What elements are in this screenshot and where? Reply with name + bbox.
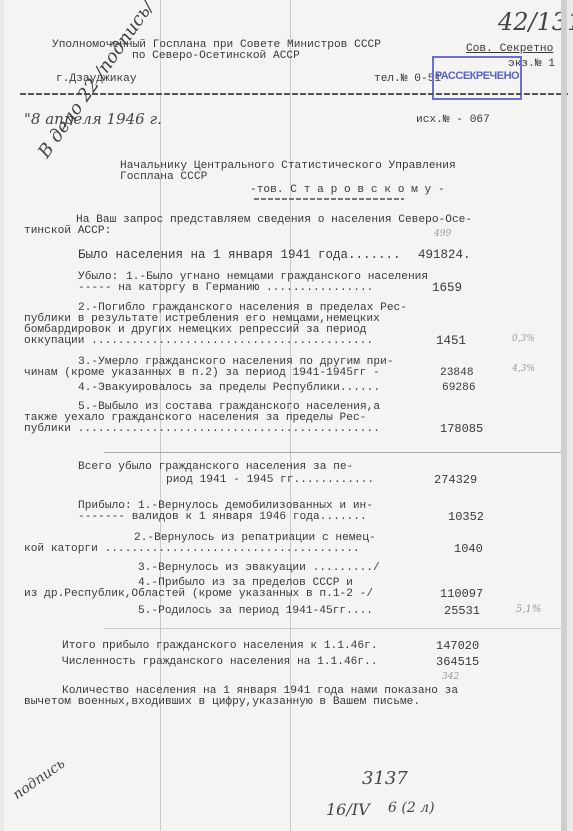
increase-4-value: 110097 xyxy=(440,589,483,600)
outgoing-number: исх.№ - 067 xyxy=(416,115,490,126)
org-line-2: по Северо-Осетинской АССР xyxy=(132,51,300,62)
closing-line-2: вычетом военных,входивших в цифру,указан… xyxy=(24,697,420,708)
increase-4-line-2: из др.Республик,Областей (кроме указанны… xyxy=(24,589,373,600)
bottom-signature: подпись xyxy=(10,756,68,803)
increase-2-value: 1040 xyxy=(454,544,483,555)
pct-births: 5,1% xyxy=(516,604,541,615)
secrecy-mark: Сов. Секретно xyxy=(466,44,553,55)
addressee-line-2: Госплана СССР xyxy=(120,172,207,183)
bottom-sheet-count: 6 (2 л) xyxy=(388,800,435,816)
note-499: 499 xyxy=(434,229,451,239)
header-divider xyxy=(20,93,568,95)
decrease-1-value: 1659 xyxy=(432,283,462,294)
page-edge xyxy=(561,0,567,831)
increase-5-line-1: 5.-Родилось за период 1941-45гг.... xyxy=(138,606,373,617)
increase-2-line-2: кой каторги ............................… xyxy=(24,544,360,555)
decrease-4-line-1: 4.-Эвакуировалось за пределы Республики.… xyxy=(78,383,380,394)
increase-1-value: 10352 xyxy=(448,512,484,523)
decrease-3-value: 23848 xyxy=(440,368,474,379)
addressee-underline xyxy=(254,198,404,200)
note-342: 342 xyxy=(442,672,459,682)
bottom-registration-number: 3137 xyxy=(362,768,408,789)
decrease-total-line-1: Всего убыло гражданского населения за пе… xyxy=(78,462,353,473)
pop-1946-label: Численность гражданского населения на 1.… xyxy=(62,657,378,668)
pop-1946-value: 364515 xyxy=(436,657,479,668)
decrease-5-line-3: публики ................................… xyxy=(24,424,380,435)
section-divider xyxy=(104,452,564,453)
increase-5-value: 25531 xyxy=(444,606,480,617)
pop-1941-label: Было населения на 1 января 1941 года....… xyxy=(78,250,401,261)
decrease-2-value: 1451 xyxy=(436,336,466,347)
pop-1941-value: 491824. xyxy=(418,250,471,261)
resolution-note: В дело 22 /подпись/ xyxy=(34,0,158,162)
intro-line-1: На Ваш запрос представляем сведения о на… xyxy=(76,215,472,226)
decrease-total-line-2: риод 1941 - 1945 гг............ xyxy=(166,475,374,486)
decrease-4-value: 69286 xyxy=(442,383,476,394)
pct-other-deaths: 4,3% xyxy=(512,364,535,374)
bottom-registration-date: 16/IV xyxy=(326,800,370,819)
pct-occupation: 0,3% xyxy=(512,334,535,344)
increase-1-line-2: ------- валидов к 1 января 1946 года....… xyxy=(78,512,367,523)
decrease-2-line-4: оккупации ..............................… xyxy=(24,336,373,347)
decrease-1-line-2: ----- на каторгу в Германию ............… xyxy=(78,283,373,294)
addressee-line-3: -тов. С т а р о в с к о м у - xyxy=(250,185,445,196)
decrease-5-value: 178085 xyxy=(440,424,483,435)
increase-3-line-1: 3.-Вернулось из эвакуации ........./ xyxy=(138,563,380,574)
section-divider-2 xyxy=(104,628,564,629)
increase-total-label: Итого прибыло гражданского населения к 1… xyxy=(62,641,378,652)
letter-date: "8 апреля 1946 г. xyxy=(24,110,162,128)
document-page: Уполномоченный Госплана при Совете Минис… xyxy=(4,0,567,831)
intro-line-2: тинской АССР: xyxy=(24,226,111,237)
decrease-total-value: 274329 xyxy=(434,475,477,486)
decrease-3-line-2: чинам (кроме указанных в п.2) за период … xyxy=(24,368,380,379)
increase-total-value: 147020 xyxy=(436,641,479,652)
